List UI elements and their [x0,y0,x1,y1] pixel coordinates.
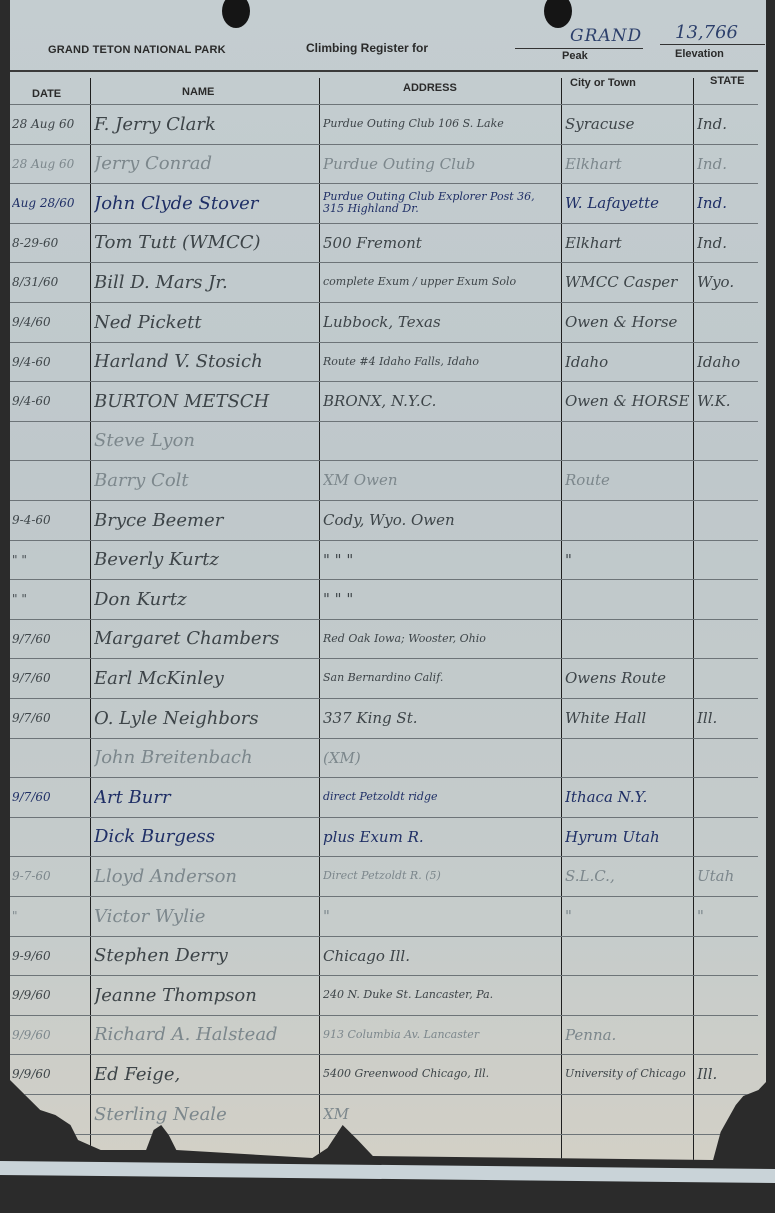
table-row: 9-9/60Stephen DerryChicago Ill. [10,937,758,975]
entry-state [697,818,757,856]
register-title: Climbing Register for [306,41,428,55]
entry-address: Route #4 Idaho Falls, Idaho [323,343,559,381]
table-row: John Breitenbach(XM) [10,739,758,777]
entry-date [12,461,88,499]
entry-state [697,501,757,539]
entry-city [565,739,691,777]
entry-city: Elkhart [565,145,691,183]
entry-state [697,461,757,499]
entry-city [565,580,691,618]
entry-state [697,1016,757,1054]
entry-address: Direct Petzoldt R. (5) [323,857,559,895]
binder-hole [544,0,572,28]
table-row: 9/7/60O. Lyle Neighbors337 King St.White… [10,699,758,737]
peak-label: Peak [562,50,588,62]
entry-state: Ind. [697,145,757,183]
mount-backing-strip [0,1161,775,1183]
entry-city: Route [565,461,691,499]
entry-name: Earl McKinley [94,659,316,697]
entry-name: Bill D. Mars Jr. [94,263,316,301]
entry-name: F. Jerry Clark [94,105,316,143]
table-row: 28 Aug 60Jerry ConradPurdue Outing ClubE… [10,145,758,183]
entry-city: Syracuse [565,105,691,143]
table-row: 9-4-60Bryce BeemerCody, Wyo. Owen [10,501,758,539]
table-row: Barry ColtXM OwenRoute [10,461,758,499]
entry-city [565,620,691,658]
entry-state: Ill. [697,1055,757,1093]
entry-state: Idaho [697,343,757,381]
entry-address: 240 N. Duke St. Lancaster, Pa. [323,976,559,1014]
entry-state: W.K. [697,382,757,420]
entry-address: Purdue Outing Club Explorer Post 36, 315… [323,184,559,222]
entry-state [697,739,757,777]
table-row: 9/7/60Art Burrdirect Petzoldt ridgeIthac… [10,778,758,816]
table-top-rule [10,70,758,72]
entry-name: Margaret Chambers [94,620,316,658]
entry-name: BURTON METSCH [94,382,316,420]
entry-address [323,422,559,460]
entry-state: Ind. [697,184,757,222]
entry-address: San Bernardino Calif. [323,659,559,697]
entry-date: " [12,897,88,935]
entry-date: Aug 28/60 [12,184,88,222]
entry-state [697,1095,757,1133]
entry-address: " " " [323,580,559,618]
table-row: 8/31/60Bill D. Mars Jr.complete Exum / u… [10,263,758,301]
entry-city [565,422,691,460]
column-header-state: STATE [710,75,744,87]
entry-date: 9/9/60 [12,976,88,1014]
entry-address: " " " [323,541,559,579]
entry-city: University of Chicago [565,1055,691,1093]
entry-state [697,620,757,658]
entry-date: 9/4/60 [12,303,88,341]
ruled-line [10,1134,758,1135]
entry-name: John Clyde Stover [94,184,316,222]
table-row: 9/7/60Earl McKinleySan Bernardino Calif.… [10,659,758,697]
column-header-city: City or Town [570,77,636,89]
entry-name: Victor Wylie [94,897,316,935]
peak-value: GRAND [570,26,642,46]
entry-name: Lloyd Anderson [94,857,316,895]
table-row: 9/7/60Margaret ChambersRed Oak Iowa; Woo… [10,620,758,658]
entry-address: Cody, Wyo. Owen [323,501,559,539]
table-row: 9/9/60Richard A. Halstead913 Columbia Av… [10,1016,758,1054]
entry-name: Harland V. Stosich [94,343,316,381]
column-header-address: ADDRESS [403,82,457,94]
table-row: Sterling NealeXM [10,1095,758,1133]
entry-city: Owen & Horse [565,303,691,341]
table-row: " "Don Kurtz" " " [10,580,758,618]
table-row: 9/4-60BURTON METSCHBRONX, N.Y.C.Owen & H… [10,382,758,420]
column-header-name: NAME [182,86,214,98]
entry-name: O. Lyle Neighbors [94,699,316,737]
elevation-value: 13,766 [675,22,738,43]
table-row: 9/9/60Ed Feige,5400 Greenwood Chicago, I… [10,1055,758,1093]
entry-date: " " [12,580,88,618]
entry-date: 9/7/60 [12,699,88,737]
entry-city: Penna. [565,1016,691,1054]
entry-address: complete Exum / upper Exum Solo [323,263,559,301]
entry-address: Lubbock, Texas [323,303,559,341]
table-row: 9/9/60Jeanne Thompson240 N. Duke St. Lan… [10,976,758,1014]
peak-underline [515,48,643,49]
entry-city: Ithaca N.Y. [565,778,691,816]
entry-date: 9/9/60 [12,1016,88,1054]
entry-address: 500 Fremont [323,224,559,262]
entry-address: direct Petzoldt ridge [323,778,559,816]
entry-address: BRONX, N.Y.C. [323,382,559,420]
table-row: 9-7-60Lloyd AndersonDirect Petzoldt R. (… [10,857,758,895]
entry-name: Tom Tutt (WMCC) [94,224,316,262]
entry-address: Chicago Ill. [323,937,559,975]
entry-address: plus Exum R. [323,818,559,856]
entry-name: Sterling Neale [94,1095,316,1133]
entry-name: Ned Pickett [94,303,316,341]
entry-name: Art Burr [94,778,316,816]
entry-city: Hyrum Utah [565,818,691,856]
entry-date: 9-9/60 [12,937,88,975]
elevation-underline [660,44,765,45]
entry-state [697,937,757,975]
column-header-date: DATE [32,88,61,100]
entry-date: 9/4-60 [12,343,88,381]
entry-date [12,1095,88,1133]
entry-state: " [697,897,757,935]
park-title: GRAND TETON NATIONAL PARK [48,44,226,56]
table-row: " "Beverly Kurtz" " "" [10,541,758,579]
elevation-label: Elevation [675,48,724,60]
entry-name: Jeanne Thompson [94,976,316,1014]
entry-city: Elkhart [565,224,691,262]
entry-city [565,1095,691,1133]
entry-date [12,739,88,777]
table-row: 9/4/60Ned PickettLubbock, TexasOwen & Ho… [10,303,758,341]
entry-address: 5400 Greenwood Chicago, Ill. [323,1055,559,1093]
entry-name: Stephen Derry [94,937,316,975]
entry-state [697,580,757,618]
table-row: "Victor Wylie""" [10,897,758,935]
entry-city: Owen & HORSE [565,382,691,420]
entry-state [697,659,757,697]
climbing-register-sheet: GRAND TETON NATIONAL PARK Climbing Regis… [10,0,766,1172]
table-row: 8-29-60Tom Tutt (WMCC)500 FremontElkhart… [10,224,758,262]
entry-date: 9/7/60 [12,659,88,697]
entry-date: 9-7-60 [12,857,88,895]
entry-address: 337 King St. [323,699,559,737]
entry-address: Purdue Outing Club [323,145,559,183]
entry-name: Don Kurtz [94,580,316,618]
table-row: Dick Burgessplus Exum R.Hyrum Utah [10,818,758,856]
entry-state [697,422,757,460]
entry-address: 913 Columbia Av. Lancaster [323,1016,559,1054]
entry-address: " [323,897,559,935]
entry-city: " [565,541,691,579]
table-row: Steve Lyon [10,422,758,460]
entry-city: " [565,897,691,935]
entry-name: Bryce Beemer [94,501,316,539]
entry-state [697,778,757,816]
entry-name: Ed Feige, [94,1055,316,1093]
entry-date: 28 Aug 60 [12,105,88,143]
entry-city: Idaho [565,343,691,381]
entry-date: 28 Aug 60 [12,145,88,183]
entry-name: John Breitenbach [94,739,316,777]
entry-address: (XM) [323,739,559,777]
entry-state: Ill. [697,699,757,737]
entry-date [12,422,88,460]
entry-date: " " [12,541,88,579]
entry-address: Red Oak Iowa; Wooster, Ohio [323,620,559,658]
table-row: 9/4-60Harland V. StosichRoute #4 Idaho F… [10,343,758,381]
entry-city: White Hall [565,699,691,737]
entry-date: 8/31/60 [12,263,88,301]
table-row: Aug 28/60John Clyde StoverPurdue Outing … [10,184,758,222]
entry-date: 9/4-60 [12,382,88,420]
entry-date: 9/7/60 [12,620,88,658]
entry-state: Utah [697,857,757,895]
entry-name: Barry Colt [94,461,316,499]
entry-state: Ind. [697,105,757,143]
entry-date: 8-29-60 [12,224,88,262]
table-row: 28 Aug 60F. Jerry ClarkPurdue Outing Clu… [10,105,758,143]
entry-state [697,303,757,341]
entry-city [565,976,691,1014]
entry-state [697,541,757,579]
entry-address: XM Owen [323,461,559,499]
entry-state: Ind. [697,224,757,262]
entry-name: Richard A. Halstead [94,1016,316,1054]
entry-name: Beverly Kurtz [94,541,316,579]
entry-date [12,818,88,856]
entry-date: 9-4-60 [12,501,88,539]
entry-address: XM [323,1095,559,1133]
entry-city: S.L.C., [565,857,691,895]
binder-hole [222,0,250,28]
entry-city: WMCC Casper [565,263,691,301]
entry-city: W. Lafayette [565,184,691,222]
entry-city [565,501,691,539]
entry-address: Purdue Outing Club 106 S. Lake [323,105,559,143]
entry-name: Dick Burgess [94,818,316,856]
entry-date: 9/7/60 [12,778,88,816]
entry-city: Owens Route [565,659,691,697]
entry-state: Wyo. [697,263,757,301]
entry-name: Steve Lyon [94,422,316,460]
entry-city [565,937,691,975]
entry-name: Jerry Conrad [94,145,316,183]
entry-state [697,976,757,1014]
entry-date: 9/9/60 [12,1055,88,1093]
